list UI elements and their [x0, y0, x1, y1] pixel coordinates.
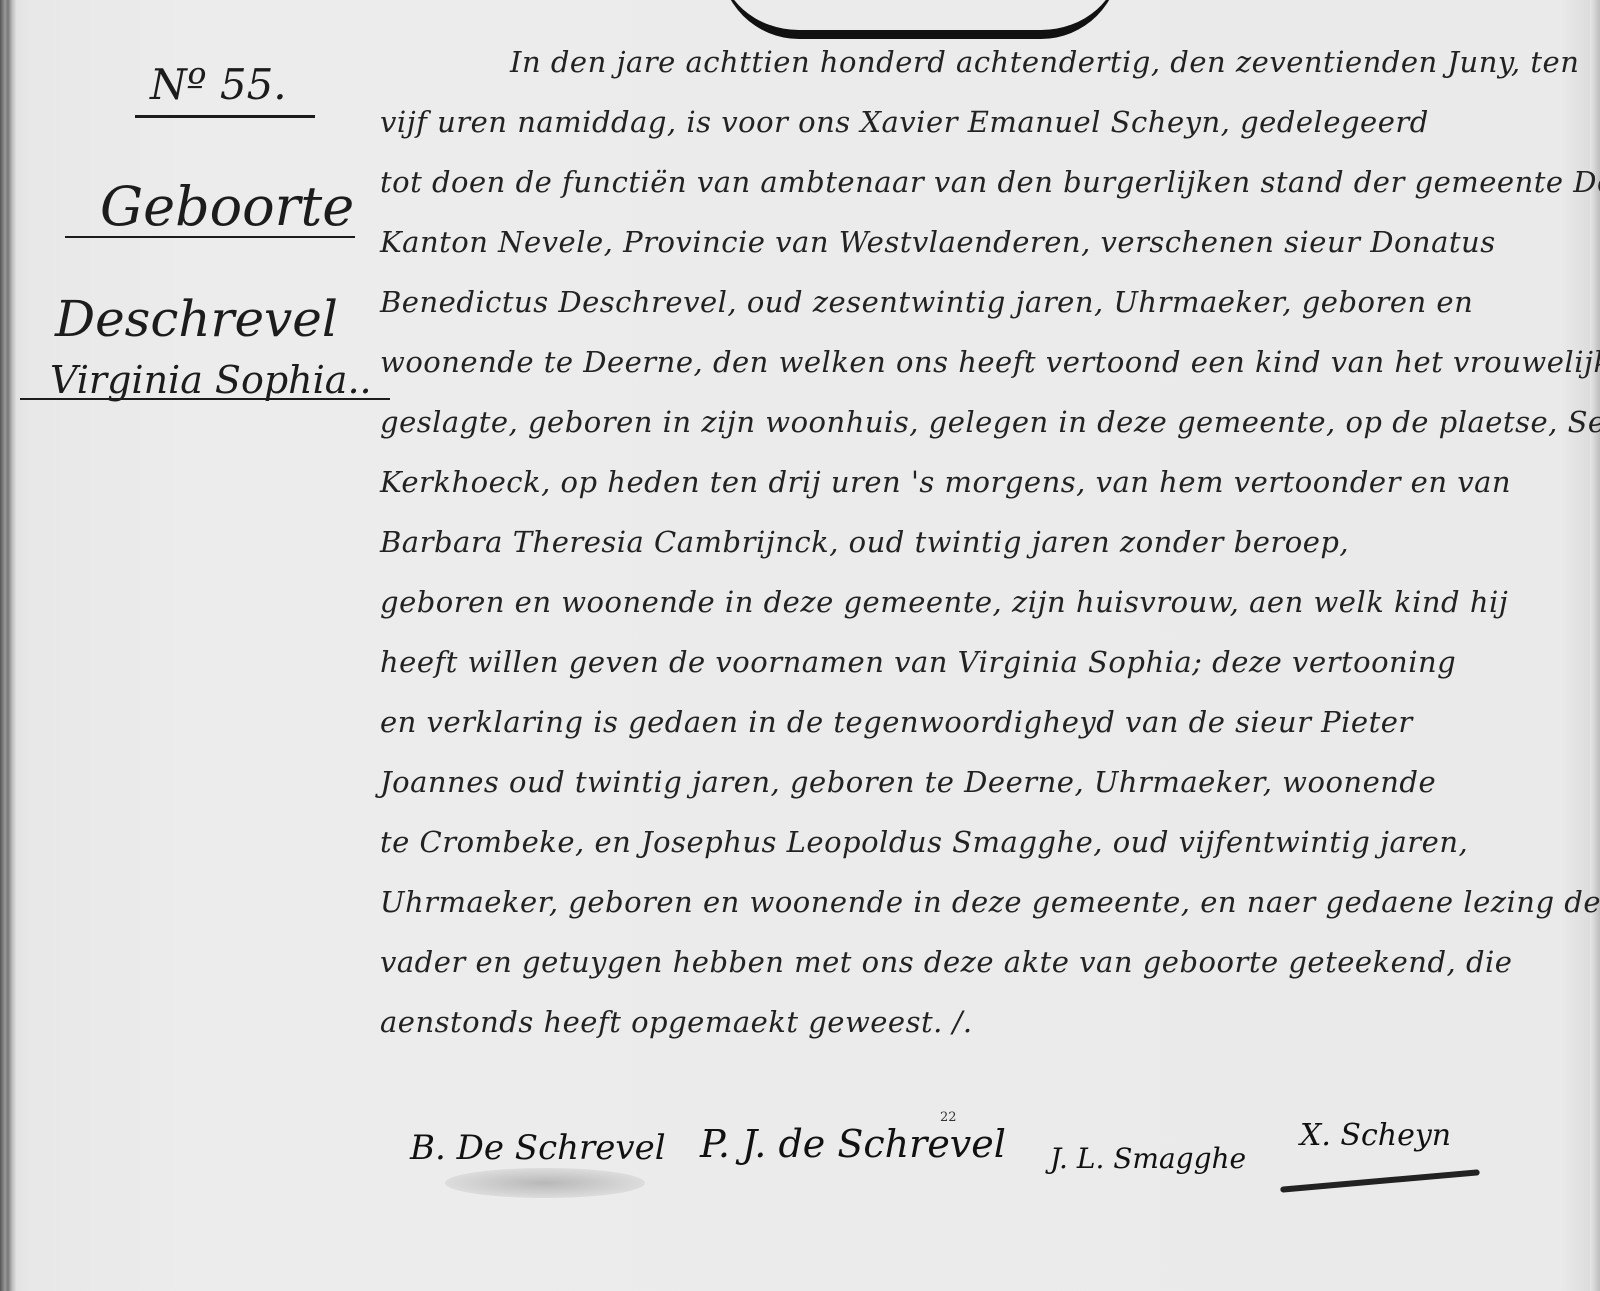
- divider: [20, 398, 390, 400]
- signature-flourish: [1280, 1169, 1480, 1192]
- document-page: Nº 55. Geboorte Deschrevel Virginia Soph…: [0, 0, 1600, 1291]
- text-line: Benedictus Deschrevel, oud zesentwintig …: [380, 272, 1560, 332]
- child-surname: Deschrevel: [55, 290, 338, 348]
- binding-edge: [0, 0, 16, 1291]
- text-line: In den jare achttien honderd achtenderti…: [380, 32, 1560, 92]
- text-line: Barbara Theresia Cambrijnck, oud twintig…: [380, 512, 1560, 572]
- text-line: Kanton Nevele, Provincie van Westvlaende…: [380, 212, 1560, 272]
- record-body: In den jare achttien honderd achtenderti…: [380, 32, 1560, 1052]
- signature-official: X. Scheyn: [1300, 1118, 1451, 1153]
- divider: [135, 115, 315, 118]
- signature-block: B. De Schrevel P. J. de Schrevel 22 J. L…: [400, 1100, 1500, 1210]
- entry-number: Nº 55.: [150, 60, 287, 109]
- text-line: aenstonds heeft opgemaekt geweest. /.: [380, 992, 1560, 1052]
- signature-father: B. De Schrevel: [410, 1128, 666, 1168]
- text-line: Uhrmaeker, geboren en woonende in deze g…: [380, 872, 1560, 932]
- signature-witness-1: P. J. de Schrevel: [700, 1122, 1006, 1166]
- text-line: woonende te Deerne, den welken ons heeft…: [380, 332, 1560, 392]
- divider: [65, 236, 355, 238]
- record-kind: Geboorte: [100, 175, 354, 238]
- signature-witness-2: J. L. Smagghe: [1050, 1142, 1246, 1175]
- text-line: te Crombeke, en Josephus Leopoldus Smagg…: [380, 812, 1560, 872]
- text-line: geboren en woonende in deze gemeente, zi…: [380, 572, 1560, 632]
- text-line: vijf uren namiddag, is voor ons Xavier E…: [380, 92, 1560, 152]
- small-mark: 22: [940, 1110, 957, 1125]
- text-line: en verklaring is gedaen in de tegenwoord…: [380, 692, 1560, 752]
- text-line: Kerkhoeck, op heden ten drij uren 's mor…: [380, 452, 1560, 512]
- child-given-names: Virginia Sophia..: [50, 358, 372, 402]
- text-line: vader en getuygen hebben met ons deze ak…: [380, 932, 1560, 992]
- text-line: geslagte, geboren in zijn woonhuis, gele…: [380, 392, 1560, 452]
- text-line: heeft willen geven de voornamen van Virg…: [380, 632, 1560, 692]
- margin-annotation: Nº 55. Geboorte Deschrevel Virginia Soph…: [40, 40, 400, 420]
- text-line: tot doen de functiën van ambtenaar van d…: [380, 152, 1560, 212]
- text-line: Joannes oud twintig jaren, geboren te De…: [380, 752, 1560, 812]
